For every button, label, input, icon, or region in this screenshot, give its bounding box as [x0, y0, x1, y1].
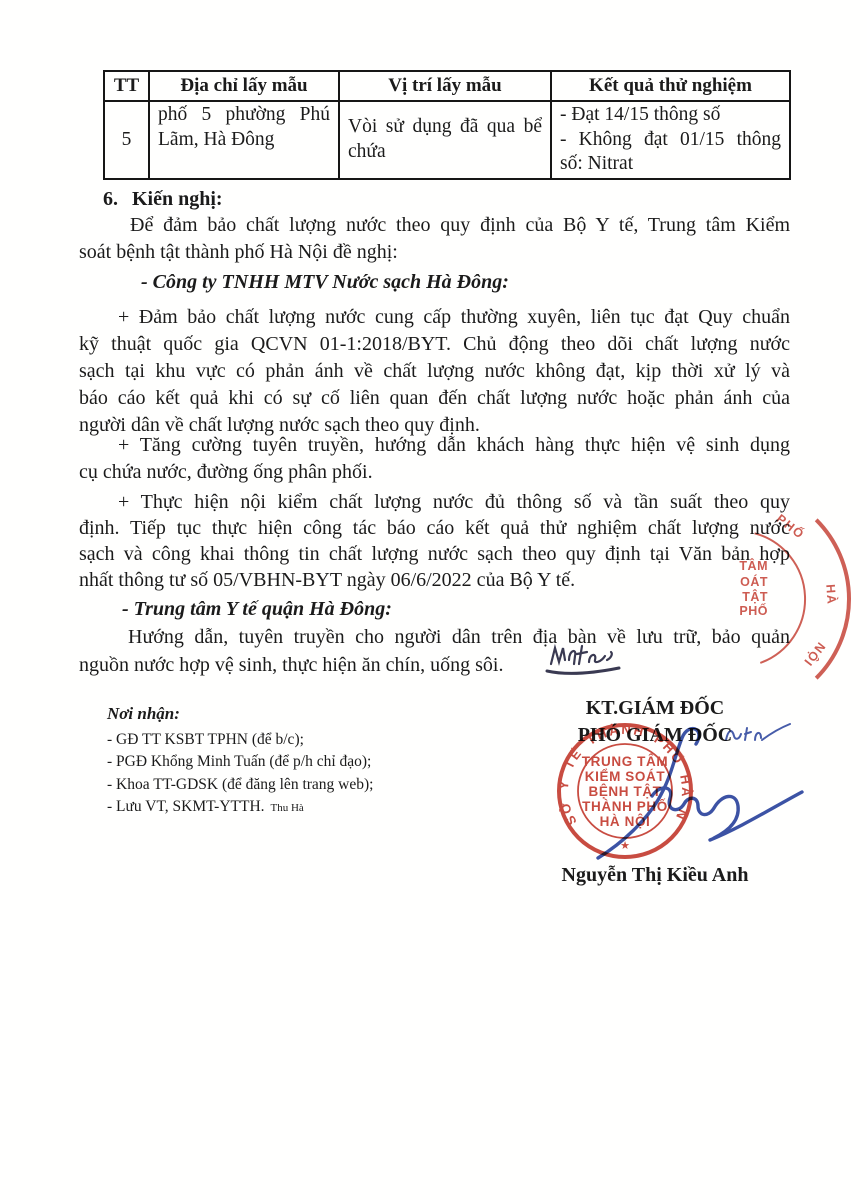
section-number: 6.	[103, 188, 118, 210]
col-header-address: Địa chỉ lấy mẫu	[149, 71, 339, 101]
archive-note: - Lưu VT, SKMT-YTTH.	[107, 798, 265, 815]
text-line: + Thực hiện nội kiểm chất lượng nước đủ …	[79, 489, 790, 515]
text-line: - GĐ TT KSBT TPHN (để b/c);	[107, 729, 447, 751]
result-item-passed: - Đạt 14/15 thông số	[560, 103, 781, 128]
signature-stroke-flourish	[710, 792, 802, 840]
text-line: báo cáo kết quả khi có sự cố liên quan đ…	[79, 385, 790, 412]
text-line: định. Tiếp tục thực hiện công tác báo cá…	[79, 515, 790, 541]
subheading-company: - Công ty TNHH MTV Nước sạch Hà Đông:	[141, 269, 509, 296]
stamp-center-line-4: THÀNH PHỐ	[582, 799, 668, 814]
col-header-tt: TT	[104, 71, 149, 101]
partial-stamp-ring-frag-2: HÀ	[823, 584, 839, 606]
stamp-star-icon: ★	[620, 840, 630, 852]
subheading-health-center: - Trung tâm Y tế quận Hà Đông:	[122, 596, 392, 623]
paragraph-propaganda: + Tăng cường tuyên truyền, hướng dẫn khá…	[79, 432, 790, 486]
signature-stroke-main	[598, 729, 699, 858]
clerk-initials: Thu Hà	[271, 802, 304, 814]
text-line: + Đảm bảo chất lượng nước cung cấp thườn…	[79, 304, 790, 331]
stamp-center-line-1: TRUNG TÂM	[582, 754, 668, 769]
stamp-center-line-5: HÀ NỘI	[600, 814, 651, 829]
table-row: 5 phố 5 phường PhúLãm, Hà Đông Vòi sử dụ…	[104, 101, 790, 179]
recipients-title: Nơi nhận:	[107, 704, 447, 724]
paragraph-intro: Để đảm bảo chất lượng nước theo quy định…	[79, 212, 790, 266]
text-line: Vòi sử dụng đã qua bể	[348, 115, 542, 140]
cell-address: phố 5 phường PhúLãm, Hà Đông	[149, 101, 339, 179]
section-title: Kiến nghị:	[132, 188, 223, 210]
text-line: cụ chứa nước, đường ống phân phối.	[79, 459, 790, 486]
cell-position: Vòi sử dụng đã qua bểchứa	[339, 101, 551, 179]
text-line: phố 5 phường Phú	[158, 103, 330, 128]
result-item-failed: - Không đạt 01/15 thôngsố: Nitrat	[560, 128, 781, 177]
recipients-block: Nơi nhận: - GĐ TT KSBT TPHN (để b/c);- P…	[107, 704, 447, 820]
text-line: Để đảm bảo chất lượng nước theo quy định…	[79, 212, 790, 239]
text-line: nguồn nước hợp vệ sinh, thực hiện ăn chí…	[79, 651, 790, 679]
recipients-last-item: - Lưu VT, SKMT-YTTH.Thu Hà	[107, 796, 447, 819]
text-line: soát bệnh tật thành phố Hà Nội đề nghị:	[79, 239, 790, 266]
signer-name: Nguyễn Thị Kiều Anh	[520, 864, 790, 887]
paragraph-internal-control: + Thực hiện nội kiểm chất lượng nước đủ …	[79, 489, 790, 593]
stamp-center-line-3: BỆNH TẬT	[588, 784, 661, 799]
signature-title-kt: KT.GIÁM ĐỐC	[520, 697, 790, 720]
table-header-row: TT Địa chỉ lấy mẫu Vị trí lấy mẫu Kết qu…	[104, 71, 790, 101]
col-header-position: Vị trí lấy mẫu	[339, 71, 551, 101]
text-line: - Khoa TT-GDSK (để đăng lên trang web);	[107, 774, 447, 796]
text-line: sạch và công khai thông tin chất lượng n…	[79, 541, 790, 567]
partial-stamp-frag-4: PHỐ	[739, 603, 768, 618]
text-line: số: Nitrat	[560, 152, 781, 177]
text-line: - PGĐ Khổng Minh Tuấn (để p/h chỉ đạo);	[107, 751, 447, 773]
text-line: Hướng dẫn, tuyên truyền cho người dân tr…	[79, 623, 790, 651]
text-line: Lãm, Hà Đông	[158, 128, 330, 153]
signature-title-pho: PHÓ GIÁM ĐỐC	[520, 724, 790, 747]
stamp-inner-ring	[578, 744, 672, 838]
paragraph-quality: + Đảm bảo chất lượng nước cung cấp thườn…	[79, 304, 790, 439]
partial-stamp-outer-arc	[816, 520, 849, 678]
sample-results-table: TT Địa chỉ lấy mẫu Vị trí lấy mẫu Kết qu…	[103, 70, 791, 180]
text-line: - Không đạt 01/15 thông	[560, 128, 781, 153]
text-line: kỹ thuật quốc gia QCVN 01-1:2018/BYT. Ch…	[79, 331, 790, 358]
text-line: nhất thông tư số 05/VBHN-BYT ngày 06/6/2…	[79, 567, 790, 593]
partial-stamp-ring-frag-3: NỘI	[800, 640, 828, 670]
paragraph-guidance: Hướng dẫn, tuyên truyền cho người dân tr…	[79, 623, 790, 679]
text-line: + Tăng cường tuyên truyền, hướng dẫn khá…	[79, 432, 790, 459]
text-line: - Đạt 14/15 thông số	[560, 103, 781, 128]
cell-results: - Đạt 14/15 thông số - Không đạt 01/15 t…	[551, 101, 790, 179]
section-heading: 6.Kiến nghị:	[103, 186, 223, 213]
text-line: sạch tại khu vực có phản ánh về chất lượ…	[79, 358, 790, 385]
recipients-list: - GĐ TT KSBT TPHN (để b/c);- PGĐ Khổng M…	[107, 729, 447, 796]
col-header-result: Kết quả thử nghiệm	[551, 71, 790, 101]
text-line: chứa	[348, 140, 542, 165]
signature-stroke-loops	[652, 788, 738, 838]
stamp-center-line-2: KIỂM SOÁT	[585, 769, 666, 784]
document-page: TT Địa chỉ lấy mẫu Vị trí lấy mẫu Kết qu…	[0, 0, 867, 1200]
cell-tt: 5	[104, 101, 149, 179]
